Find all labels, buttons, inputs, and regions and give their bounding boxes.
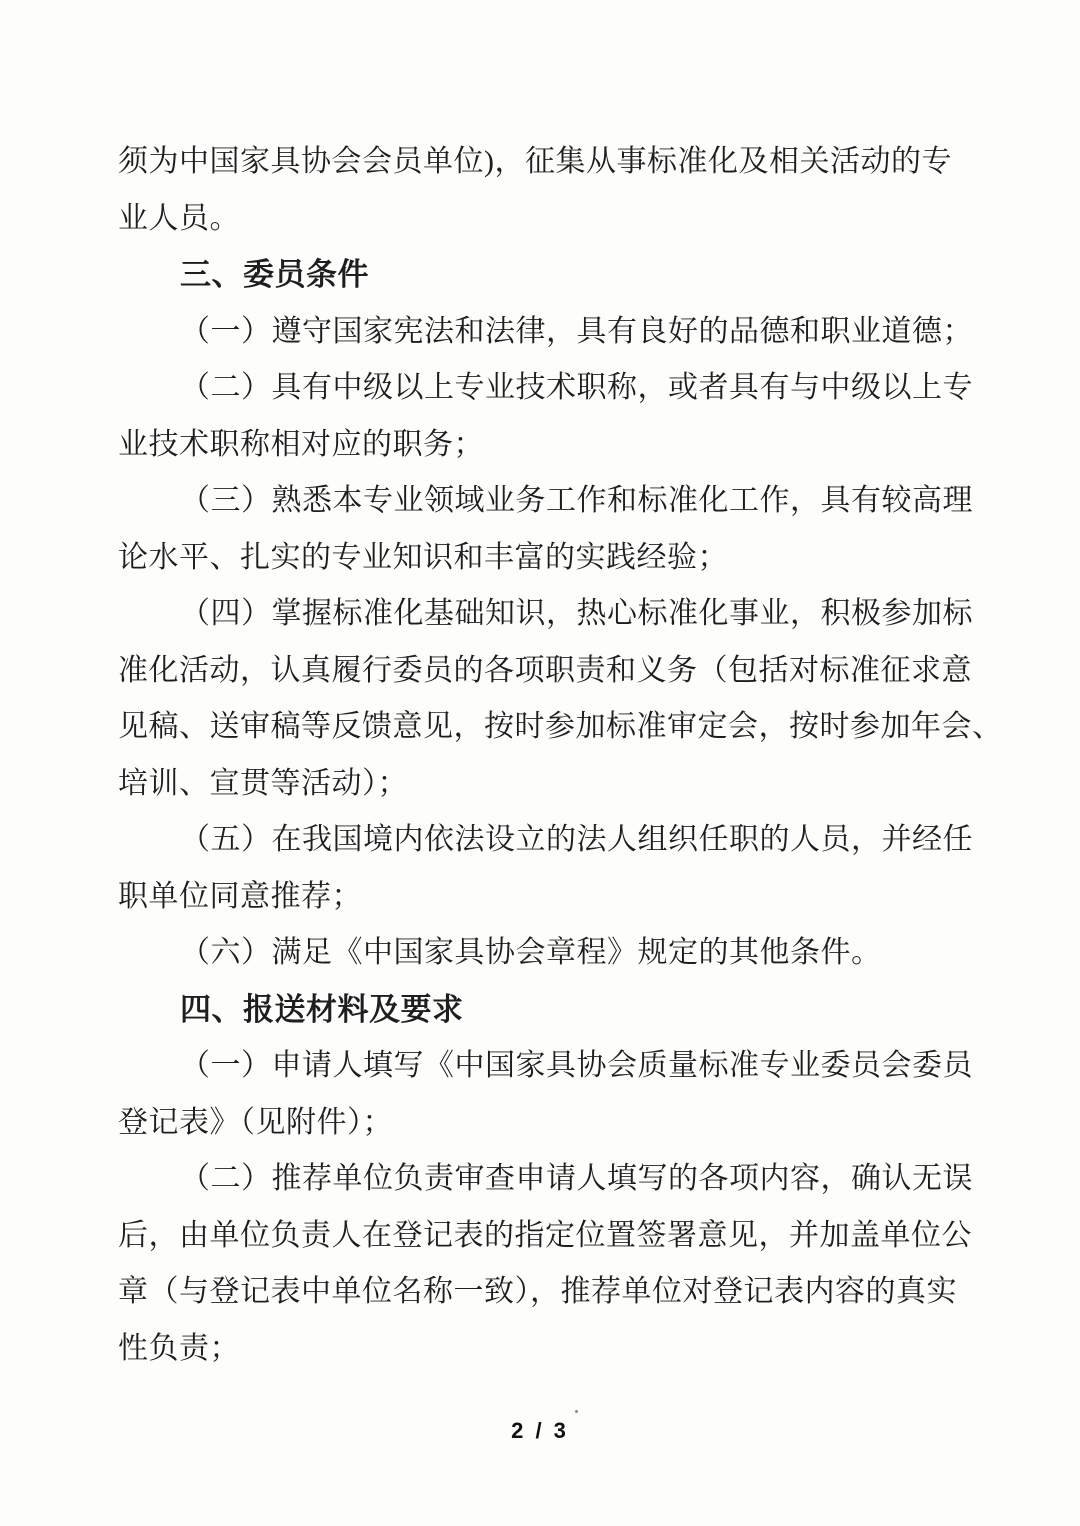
- text-line: 后，由单位负责人在登记表的指定位置签署意见，并加盖单位公: [118, 1208, 936, 1265]
- document-page: 须为中国家具协会会员单位)，征集从事标准化及相关活动的专 业人员。 三、委员条件…: [0, 0, 1080, 1526]
- text-line: 性负责；: [118, 1321, 936, 1378]
- text-line: 须为中国家具协会会员单位)，征集从事标准化及相关活动的专: [118, 134, 936, 191]
- text-line: （四）掌握标准化基础知识，热心标准化事业，积极参加标: [118, 586, 936, 643]
- text-line: 章（与登记表中单位名称一致），推荐单位对登记表内容的真实: [118, 1264, 936, 1321]
- text-line: （五）在我国境内依法设立的法人组织任职的人员，并经任: [118, 812, 936, 869]
- text-line: （二）具有中级以上专业技术职称，或者具有与中级以上专: [118, 360, 936, 417]
- page-number: 2 / 3: [0, 1418, 1080, 1444]
- text-line: 职单位同意推荐；: [118, 869, 936, 926]
- text-line: 业人员。: [118, 191, 936, 248]
- text-line: 论水平、扎实的专业知识和丰富的实践经验；: [118, 530, 936, 587]
- text-line: 见稿、送审稿等反馈意见，按时参加标准审定会，按时参加年会、: [118, 699, 936, 756]
- text-line: （一）遵守国家宪法和法律，具有良好的品德和职业道德；: [118, 304, 936, 361]
- text-line: 业技术职称相对应的职务；: [118, 417, 936, 474]
- text-line: （六）满足《中国家具协会章程》规定的其他条件。: [118, 925, 936, 982]
- document-body: 须为中国家具协会会员单位)，征集从事标准化及相关活动的专 业人员。 三、委员条件…: [118, 134, 936, 1377]
- text-line: 登记表》（见附件）；: [118, 1095, 936, 1152]
- section-heading-4: 四、报送材料及要求: [118, 982, 936, 1039]
- text-line: 培训、宣贯等活动）；: [118, 756, 936, 813]
- text-line: （一）申请人填写《中国家具协会质量标准专业委员会委员: [118, 1038, 936, 1095]
- section-heading-3: 三、委员条件: [118, 247, 936, 304]
- text-line: （三）熟悉本专业领域业务工作和标准化工作，具有较高理: [118, 473, 936, 530]
- text-line: 准化活动，认真履行委员的各项职责和义务（包括对标准征求意: [118, 643, 936, 700]
- scan-speck: [575, 1410, 578, 1413]
- text-line: （二）推荐单位负责审查申请人填写的各项内容，确认无误: [118, 1151, 936, 1208]
